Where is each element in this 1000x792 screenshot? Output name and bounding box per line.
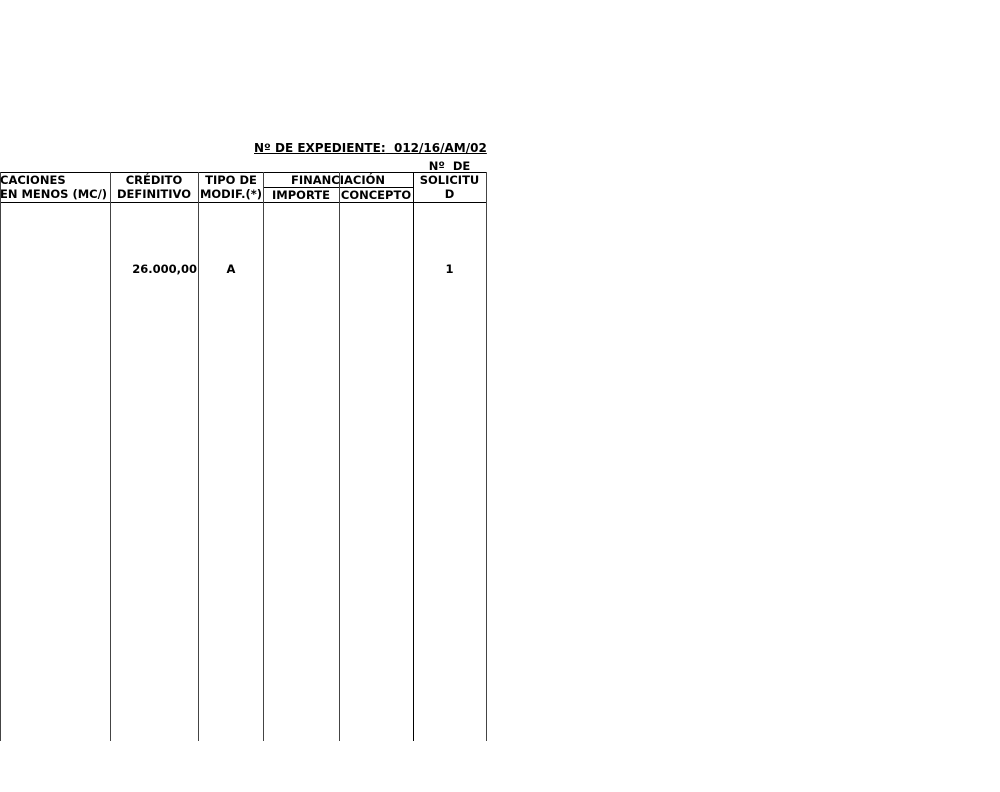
header-solicitud-line1: Nº DE [413,159,486,173]
header-concepto: CONCEPTO [339,188,413,202]
column-divider [263,172,264,741]
header-tipo-line2: MODIF.(*) [198,187,264,201]
cell-n-solicitud: 1 [413,262,486,276]
column-divider [110,172,111,741]
header-bajas-line2: EN MENOS (MC/) [0,187,110,201]
cell-tipo-modif: A [198,262,264,276]
expediente-label: Nº DE EXPEDIENTE: [254,141,386,155]
header-bajas: CACIONES EN MENOS (MC/) [0,173,110,201]
header-tipo-line1: TIPO DE [198,173,264,187]
column-divider [486,172,487,741]
expediente-number: Nº DE EXPEDIENTE: 012/16/AM/02 [254,141,487,155]
column-divider [413,172,414,741]
column-divider [0,172,1,741]
header-tipo-modif: TIPO DE MODIF.(*) [198,173,264,201]
header-financiacion: FINANCIACIÓN [263,173,413,187]
header-credito-line1: CRÉDITO [110,173,198,187]
column-divider [339,172,340,741]
header-solicitud-line2: SOLICITU [413,173,486,187]
header-credito-line2: DEFINITIVO [110,187,198,201]
header-bajas-line1: CACIONES [0,173,110,187]
cell-credito-definitivo: 26.000,00 [110,262,197,276]
header-n-solicitud: Nº DE SOLICITU D [413,159,486,201]
header-credito-definitivo: CRÉDITO DEFINITIVO [110,173,198,201]
column-divider [198,172,199,741]
header-solicitud-line3: D [413,187,486,201]
expediente-value: 012/16/AM/02 [394,141,487,155]
header-importe: IMPORTE [263,188,339,202]
